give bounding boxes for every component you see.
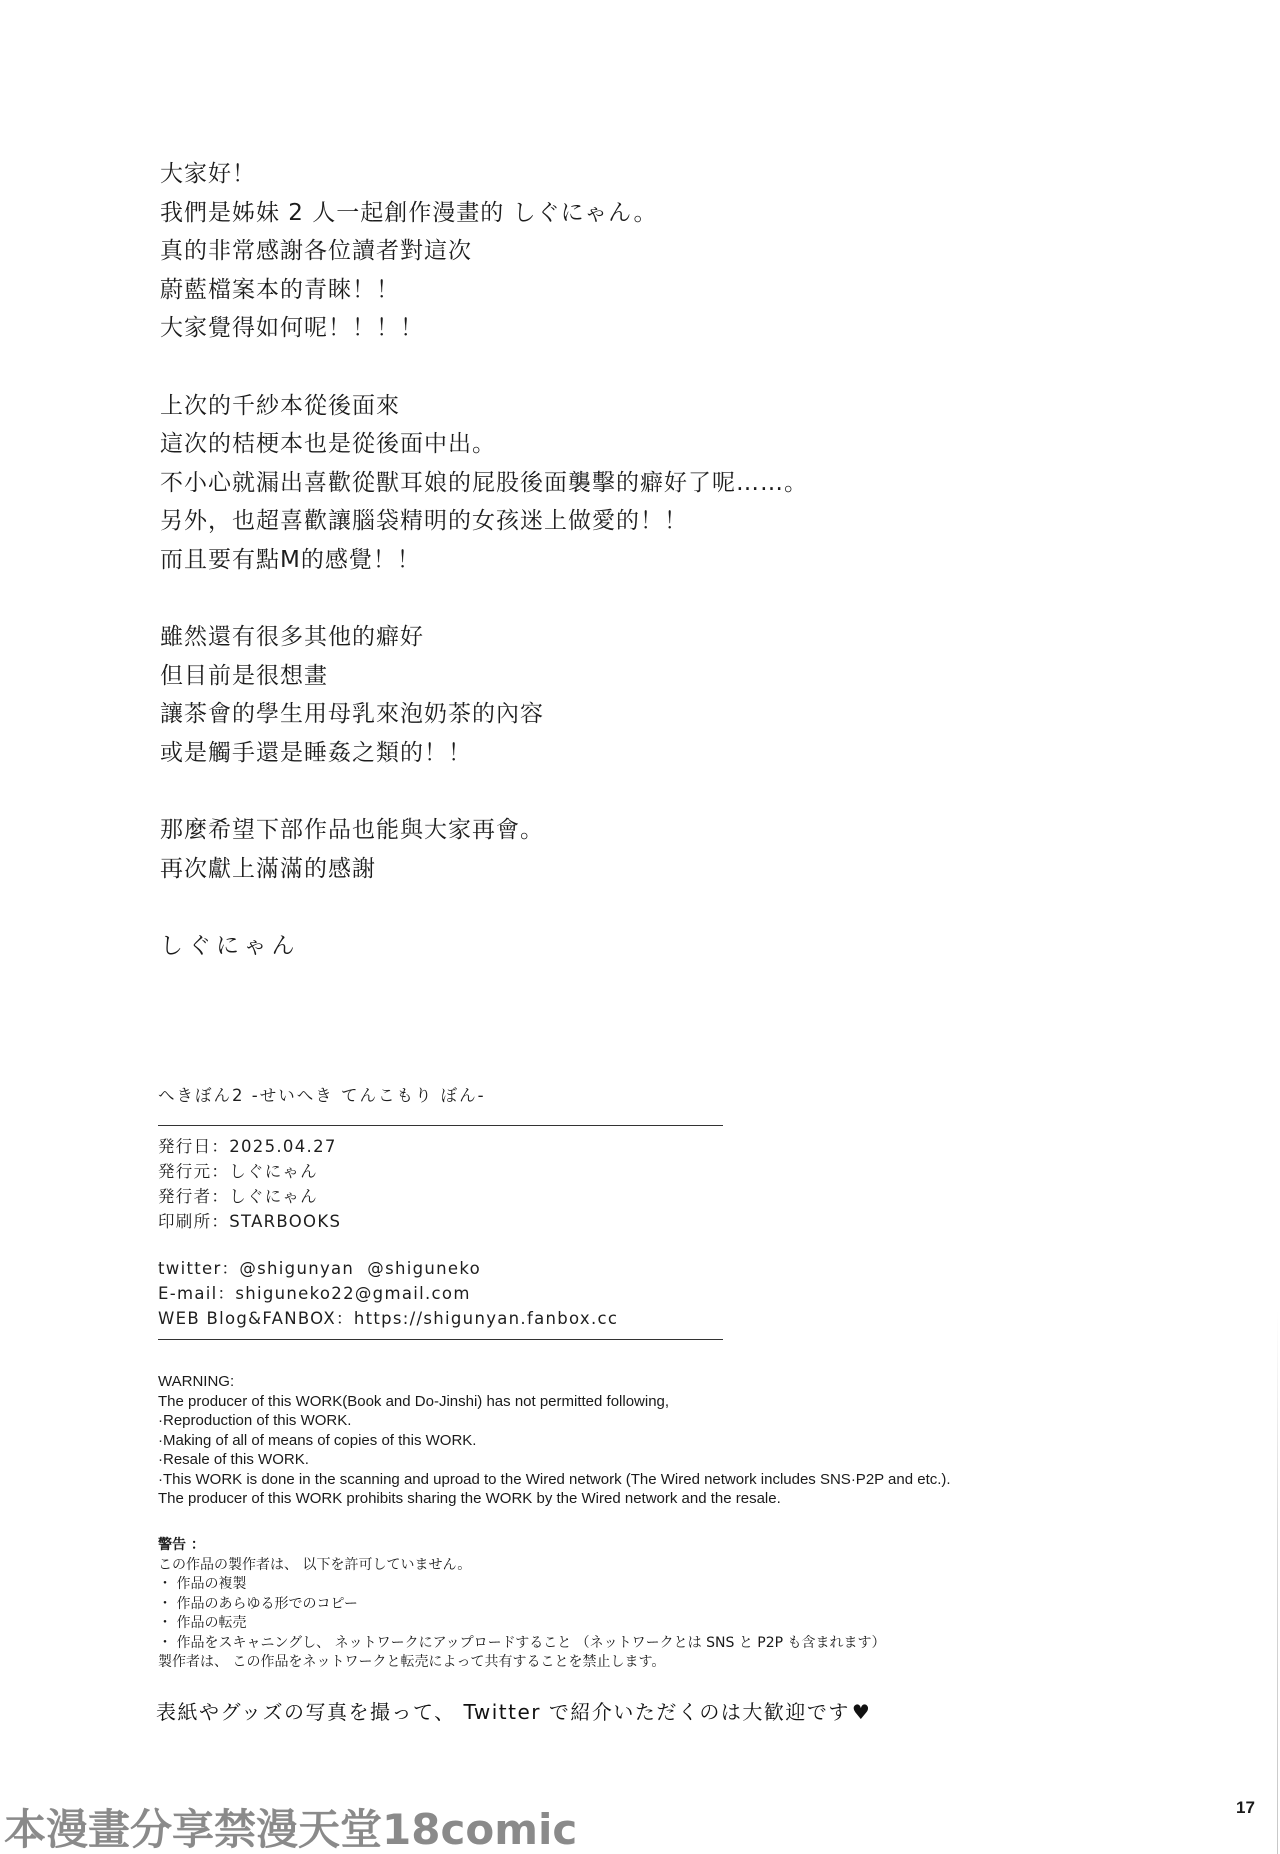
afterword-paragraph-1: 大家好！ 我們是姊妹 2 人一起創作漫畫的 しぐにゃん。 真的非常感謝各位讀者對… [160, 155, 1060, 348]
afterword-line: 讓茶會的學生用母乳來泡奶茶的內容 [160, 695, 1060, 734]
divider [158, 1125, 723, 1126]
warning-line: ・ 作品のあらゆる形でのコピー [158, 1595, 1058, 1615]
warning-line: ・ 作品をスキャニングし、 ネットワークにアップロードすること （ネットワークと… [158, 1634, 1058, 1654]
issuer: 発行者：しぐにゃん [158, 1184, 728, 1209]
publish-date: 発行日：2025.04.27 [158, 1134, 728, 1159]
afterword-line: 雖然還有很多其他的癖好 [160, 618, 1060, 657]
warning-line: ·Reproduction of this WORK. [158, 1411, 1058, 1431]
author-signature: しぐにゃん [160, 927, 1060, 965]
warning-line: The producer of this WORK prohibits shar… [158, 1489, 1058, 1509]
afterword-line: 大家好！ [160, 155, 1060, 194]
publication-info: 発行日：2025.04.27 発行元：しぐにゃん 発行者：しぐにゃん 印刷所：S… [158, 1134, 728, 1234]
closing-note: 表紙やグッズの写真を撮って、 Twitter で紹介いただくのは大歓迎です♥ [156, 1696, 871, 1725]
warning-english: WARNING: The producer of this WORK(Book … [158, 1372, 1058, 1509]
colophon: へきぼん2 -せいへき てんこもり ぼん- 発行日：2025.04.27 発行元… [158, 1085, 728, 1340]
warning-line: ・ 作品の転売 [158, 1614, 1058, 1634]
afterword-line: 而且要有點M的感覺！！ [160, 541, 1060, 580]
heart-icon: ♥ [852, 1700, 871, 1724]
warning-japanese: 警告 ： この作品の製作者は、 以下を許可していません。 ・ 作品の複製 ・ 作… [158, 1536, 1058, 1673]
web-label: WEB Blog&FANBOX： [158, 1309, 354, 1328]
warning-line: 製作者は、 この作品をネットワークと転売によって共有することを禁止します。 [158, 1653, 1058, 1673]
warning-title: WARNING: [158, 1372, 1058, 1392]
warning-line: ・ 作品の複製 [158, 1575, 1058, 1595]
watermark: 本漫畫分享禁漫天堂18comic [4, 1797, 577, 1854]
afterword-line: 不小心就漏出喜歡從獸耳娘的屁股後面襲擊的癖好了呢……。 [160, 464, 1060, 503]
afterword-line: 另外，也超喜歡讓腦袋精明的女孩迷上做愛的！！ [160, 502, 1060, 541]
page-number: 17 [1236, 1798, 1255, 1818]
publisher: 発行元：しぐにゃん [158, 1159, 728, 1184]
web-link[interactable]: https://shigunyan.fanbox.cc [354, 1309, 618, 1328]
warning-title: 警告 ： [158, 1536, 1058, 1556]
warning-line: ·Making of all of means of copies of thi… [158, 1431, 1058, 1451]
afterword-paragraph-2: 上次的千紗本從後面來 這次的桔梗本也是從後面中出。 不小心就漏出喜歡從獸耳娘的屁… [160, 387, 1060, 580]
warning-line: この作品の製作者は、 以下を許可していません。 [158, 1556, 1058, 1576]
afterword-line: 上次的千紗本從後面來 [160, 387, 1060, 426]
twitter-row: twitter：@shigunyan @shiguneko [158, 1256, 728, 1281]
contact-info: twitter：@shigunyan @shiguneko E-mail：shi… [158, 1256, 728, 1331]
afterword-message: 大家好！ 我們是姊妹 2 人一起創作漫畫的 しぐにゃん。 真的非常感謝各位讀者對… [160, 155, 1060, 965]
afterword-line: 那麼希望下部作品也能與大家再會。 [160, 811, 1060, 850]
afterword-line: 或是觸手還是睡姦之類的！！ [160, 734, 1060, 773]
manga-page: 大家好！ 我們是姊妹 2 人一起創作漫畫的 しぐにゃん。 真的非常感謝各位讀者對… [0, 0, 1280, 1854]
afterword-paragraph-4: 那麼希望下部作品也能與大家再會。 再次獻上滿滿的感謝 [160, 811, 1060, 888]
warning-line: The producer of this WORK(Book and Do-Ji… [158, 1392, 1058, 1412]
email-label: E-mail： [158, 1284, 235, 1303]
afterword-line: 蔚藍檔案本的青睞！！ [160, 271, 1060, 310]
twitter-label: twitter： [158, 1259, 239, 1278]
email-link[interactable]: shiguneko22@gmail.com [235, 1284, 470, 1303]
warning-line: ·Resale of this WORK. [158, 1450, 1058, 1470]
divider [158, 1339, 723, 1340]
twitter-handles[interactable]: @shigunyan @shiguneko [239, 1259, 481, 1278]
book-title: へきぼん2 -せいへき てんこもり ぼん- [158, 1085, 728, 1107]
warning-line: ·This WORK is done in the scanning and u… [158, 1470, 1058, 1490]
afterword-line: 這次的桔梗本也是從後面中出。 [160, 425, 1060, 464]
afterword-line: 再次獻上滿滿的感謝 [160, 850, 1060, 889]
email-row: E-mail：shiguneko22@gmail.com [158, 1281, 728, 1306]
afterword-line: 但目前是很想畫 [160, 657, 1060, 696]
scan-edge-artifact [1277, 1310, 1278, 1854]
closing-note-text: 表紙やグッズの写真を撮って、 Twitter で紹介いただくのは大歓迎です [156, 1700, 850, 1724]
afterword-paragraph-3: 雖然還有很多其他的癖好 但目前是很想畫 讓茶會的學生用母乳來泡奶茶的內容 或是觸… [160, 618, 1060, 772]
web-row: WEB Blog&FANBOX：https://shigunyan.fanbox… [158, 1306, 728, 1331]
afterword-line: 我們是姊妹 2 人一起創作漫畫的 しぐにゃん。 [160, 194, 1060, 233]
afterword-line: 大家覺得如何呢！！！！ [160, 309, 1060, 348]
afterword-line: 真的非常感謝各位讀者對這次 [160, 232, 1060, 271]
printer: 印刷所：STARBOOKS [158, 1209, 728, 1234]
